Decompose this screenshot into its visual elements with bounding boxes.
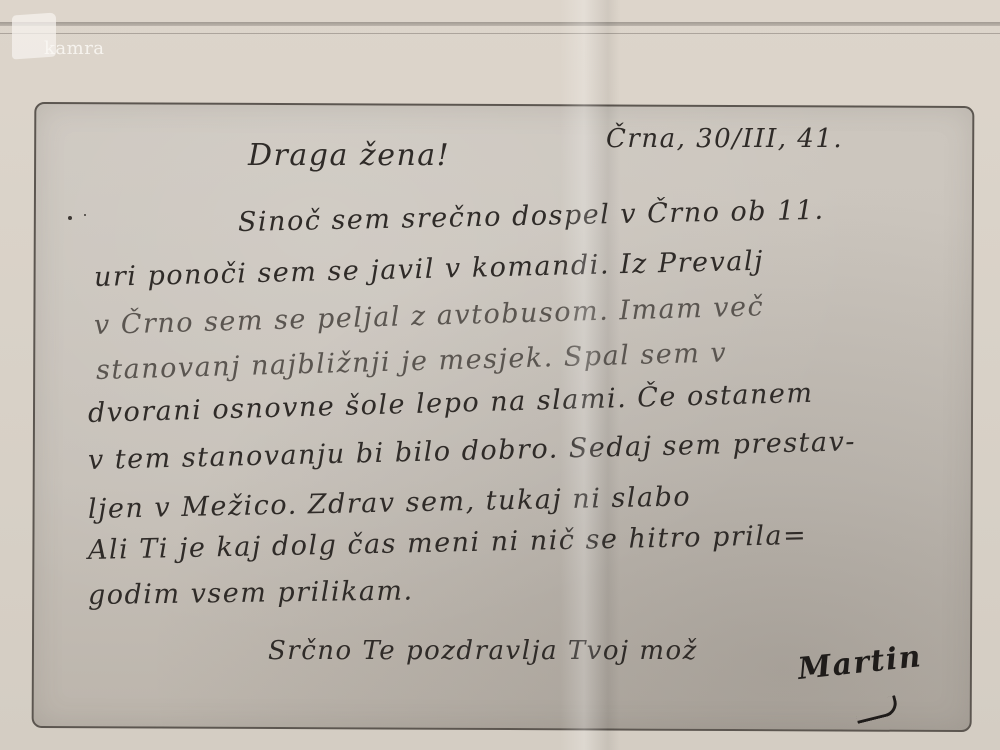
letter-greeting: Draga žena! xyxy=(248,138,450,173)
ink-speck xyxy=(68,216,72,220)
watermark-text: kamra xyxy=(44,38,105,59)
letter-closing: Srčno Te pozdravlja Tvoj mož xyxy=(268,636,698,666)
page-top-rule xyxy=(0,22,1000,26)
page-top-rule-thin xyxy=(0,33,1000,34)
ink-speck xyxy=(84,214,86,216)
letter-line: godim vsem prilikam. xyxy=(88,575,414,611)
kamra-watermark: kamra xyxy=(12,14,72,59)
letter-place-date: Črna, 30/III, 41. xyxy=(606,124,843,154)
